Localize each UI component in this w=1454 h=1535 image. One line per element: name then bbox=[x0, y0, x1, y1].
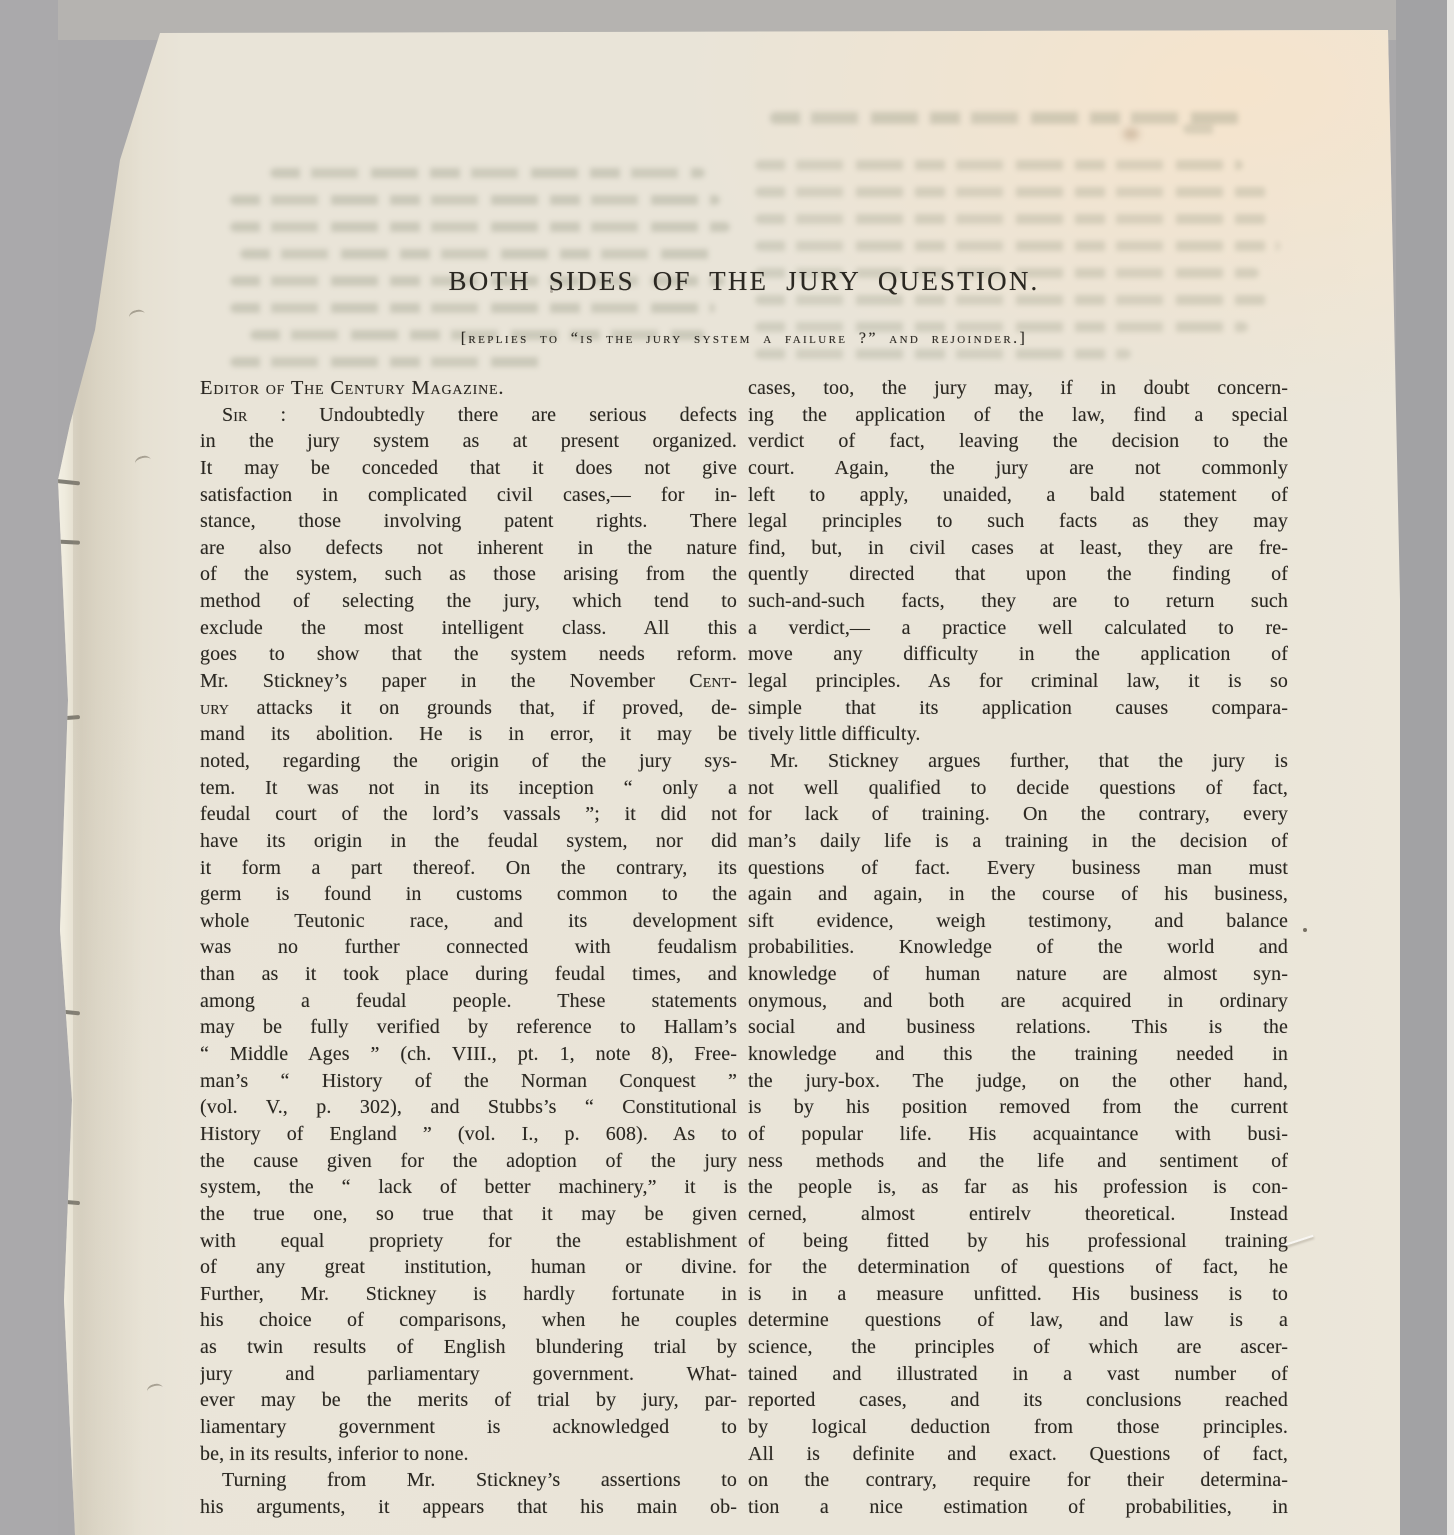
text-line: in the jury system as at present organiz… bbox=[200, 428, 737, 455]
body-text: Mr. Stickney’s paper in the November bbox=[200, 670, 689, 692]
body-text: ing the application of the law, find a s… bbox=[748, 404, 1288, 426]
text-line: reported cases, and its conclusions reac… bbox=[748, 1387, 1288, 1414]
text-line: was no further connected with feudalism bbox=[200, 934, 737, 961]
text-line: of the system, such as those arising fro… bbox=[200, 561, 737, 588]
bleedthrough-line bbox=[230, 303, 715, 313]
body-text: his choice of comparisons, when he coupl… bbox=[200, 1309, 737, 1331]
article-subtitle: [replies to “is the jury system a failur… bbox=[200, 327, 1288, 351]
text-line: is in a measure unfitted. His business i… bbox=[748, 1281, 1288, 1308]
body-text: ness methods and the life and sentiment … bbox=[748, 1150, 1288, 1172]
body-text: is in a measure unfitted. His business i… bbox=[748, 1283, 1288, 1305]
body-text: than as it took place during feudal time… bbox=[200, 963, 737, 985]
text-line: exclude the most intelligent class. All … bbox=[200, 615, 737, 642]
body-text: “ Middle Ages ” (ch. VIII., pt. 1, note … bbox=[200, 1043, 737, 1065]
body-text: satisfaction in complicated civil cases,… bbox=[200, 484, 737, 506]
article-subheader: [replies to “is the jury system a failur… bbox=[200, 327, 1288, 351]
text-line: knowledge of human nature are almost syn… bbox=[748, 961, 1288, 988]
text-line: his arguments, it appears that his main … bbox=[200, 1494, 737, 1521]
text-line: is by his position removed from the curr… bbox=[748, 1094, 1288, 1121]
body-text: cerned, almost entirelv theoretical. Ins… bbox=[748, 1203, 1288, 1225]
text-line: cerned, almost entirelv theoretical. Ins… bbox=[748, 1201, 1288, 1228]
body-text: tained and illustrated in a vast number … bbox=[748, 1363, 1288, 1385]
text-line: mand its abolition. He is in error, it m… bbox=[200, 721, 737, 748]
body-text: determine questions of law, and law is a bbox=[748, 1309, 1288, 1331]
paper-dimple bbox=[134, 454, 152, 469]
body-text: the people is, as far as his profession … bbox=[748, 1176, 1288, 1198]
body-text: among a feudal people. These statements bbox=[200, 990, 737, 1012]
text-line: Mr. Stickney’s paper in the November Cen… bbox=[200, 668, 737, 695]
bleedthrough-line bbox=[230, 222, 730, 232]
body-text: whole Teutonic race, and its development bbox=[200, 910, 737, 932]
text-line: Sir : Undoubtedly there are serious defe… bbox=[200, 402, 737, 429]
text-line: the people is, as far as his profession … bbox=[748, 1174, 1288, 1201]
text-line: for lack of training. On the contrary, e… bbox=[748, 801, 1288, 828]
text-line: simple that its application causes compa… bbox=[748, 695, 1288, 722]
text-line: the true one, so true that it may be giv… bbox=[200, 1201, 737, 1228]
text-line: find, but, in civil cases at least, they… bbox=[748, 535, 1288, 562]
text-line: a verdict,— a practice well calculated t… bbox=[748, 615, 1288, 642]
body-text: goes to show that the system needs refor… bbox=[200, 643, 737, 665]
text-line: social and business relations. This is t… bbox=[748, 1014, 1288, 1041]
body-text: All is definite and exact. Questions of … bbox=[748, 1443, 1288, 1465]
text-line: tion a nice estimation of probabilities,… bbox=[748, 1494, 1288, 1521]
body-text: exclude the most intelligent class. All … bbox=[200, 617, 737, 639]
body-text: it form a part thereof. On the contrary,… bbox=[200, 857, 737, 879]
text-line: may be fully verified by reference to Ha… bbox=[200, 1014, 737, 1041]
text-line: germ is found in customs common to the bbox=[200, 881, 737, 908]
text-line: of being fitted by his professional trai… bbox=[748, 1228, 1288, 1255]
body-text: History of England ” (vol. I., p. 608). … bbox=[200, 1123, 737, 1145]
text-line: quently directed that upon the finding o… bbox=[748, 561, 1288, 588]
body-text: tion a nice estimation of probabilities,… bbox=[748, 1496, 1288, 1518]
body-text: for the determination of questions of fa… bbox=[748, 1256, 1288, 1278]
text-line: man’s daily life is a training in the de… bbox=[748, 828, 1288, 855]
text-line: not well qualified to decide questions o… bbox=[748, 775, 1288, 802]
text-line: goes to show that the system needs refor… bbox=[200, 641, 737, 668]
body-text: Mr. Stickney argues further, that the ju… bbox=[770, 750, 1288, 772]
body-text: the cause given for the adoption of the … bbox=[200, 1150, 737, 1172]
body-text: find, but, in civil cases at least, they… bbox=[748, 537, 1288, 559]
text-line: method of selecting the jury, which tend… bbox=[200, 588, 737, 615]
body-text: method of selecting the jury, which tend… bbox=[200, 590, 737, 612]
bleedthrough-line bbox=[755, 160, 1243, 170]
text-line: such-and-such facts, they are to return … bbox=[748, 588, 1288, 615]
body-text: have its origin in the feudal system, no… bbox=[200, 830, 737, 852]
body-text: the jury-box. The judge, on the other ha… bbox=[748, 1070, 1288, 1092]
bleedthrough-line bbox=[755, 241, 1280, 251]
body-text: reported cases, and its conclusions reac… bbox=[748, 1389, 1288, 1411]
body-text: for lack of training. On the contrary, e… bbox=[748, 803, 1288, 825]
article-title: BOTH SIDES OF THE JURY QUESTION. bbox=[200, 264, 1288, 298]
body-text: onymous, and both are acquired in ordina… bbox=[748, 990, 1288, 1012]
body-text: man’s daily life is a training in the de… bbox=[748, 830, 1288, 852]
body-text: was no further connected with feudalism bbox=[200, 936, 737, 958]
text-line: Turning from Mr. Stickney’s assertions t… bbox=[200, 1467, 737, 1494]
text-line: It may be conceded that it does not give bbox=[200, 455, 737, 482]
text-line: History of England ” (vol. I., p. 608). … bbox=[200, 1121, 737, 1148]
small-caps-text: Cent- bbox=[689, 670, 737, 692]
column-heading-line: Editor of The Century Magazine. bbox=[200, 375, 737, 402]
body-text: sift evidence, weigh testimony, and bala… bbox=[748, 910, 1288, 932]
text-line: feudal court of the lord’s vassals ”; it… bbox=[200, 801, 737, 828]
text-line: Further, Mr. Stickney is hardly fortunat… bbox=[200, 1281, 737, 1308]
text-line: tained and illustrated in a vast number … bbox=[748, 1361, 1288, 1388]
body-text: attacks it on grounds that, if proved, d… bbox=[229, 697, 737, 719]
text-line: legal principles to such facts as they m… bbox=[748, 508, 1288, 535]
body-text: social and business relations. This is t… bbox=[748, 1016, 1288, 1038]
body-text: Turning from Mr. Stickney’s assertions t… bbox=[222, 1469, 737, 1491]
body-text: simple that its application causes compa… bbox=[748, 697, 1288, 719]
article-header: BOTH SIDES OF THE JURY QUESTION. bbox=[200, 264, 1288, 298]
left-column: Editor of The Century Magazine.Sir : Und… bbox=[200, 375, 737, 1527]
text-line: system, the “ lack of better machinery,”… bbox=[200, 1174, 737, 1201]
text-line: move any difficulty in the application o… bbox=[748, 641, 1288, 668]
text-line: man’s “ History of the Norman Conquest ” bbox=[200, 1068, 737, 1095]
text-line: by logical deduction from those principl… bbox=[748, 1414, 1288, 1441]
text-line: have its origin in the feudal system, no… bbox=[200, 828, 737, 855]
text-line: All is definite and exact. Questions of … bbox=[748, 1441, 1288, 1468]
bleedthrough-line bbox=[240, 249, 720, 259]
text-line: among a feudal people. These statements bbox=[200, 988, 737, 1015]
body-text: such-and-such facts, they are to return … bbox=[748, 590, 1288, 612]
small-caps-text: Sir : bbox=[222, 404, 319, 426]
body-text: move any difficulty in the application o… bbox=[748, 643, 1288, 665]
body-text: his arguments, it appears that his main … bbox=[200, 1496, 737, 1518]
bleedthrough-line bbox=[230, 357, 543, 367]
page: BOTH SIDES OF THE JURY QUESTION. [replie… bbox=[55, 28, 1400, 1535]
text-line: ury attacks it on grounds that, if prove… bbox=[200, 695, 737, 722]
text-line: for the determination of questions of fa… bbox=[748, 1254, 1288, 1281]
body-text: of the system, such as those arising fro… bbox=[200, 563, 737, 585]
body-text: of any great institution, human or divin… bbox=[200, 1256, 737, 1278]
body-text: in the jury system as at present organiz… bbox=[200, 430, 737, 452]
body-text: Further, Mr. Stickney is hardly fortunat… bbox=[200, 1283, 737, 1305]
body-text: of being fitted by his professional trai… bbox=[748, 1230, 1288, 1252]
small-caps-text: Editor of The Century Magazine. bbox=[200, 377, 504, 399]
body-text: jury and parliamentary government. What- bbox=[200, 1363, 737, 1385]
body-text: on the contrary, require for their deter… bbox=[748, 1469, 1288, 1491]
body-text: be, in its results, inferior to none. bbox=[200, 1443, 469, 1465]
text-line: on the contrary, require for their deter… bbox=[748, 1467, 1288, 1494]
body-text: noted, regarding the origin of the jury … bbox=[200, 750, 737, 772]
scanned-magazine-page: { "page": { "title": "BOTH SIDES OF THE … bbox=[0, 0, 1454, 1535]
text-line: verdict of fact, leaving the decision to… bbox=[748, 428, 1288, 455]
body-text: not well qualified to decide questions o… bbox=[748, 777, 1288, 799]
body-text: Undoubtedly there are serious defects bbox=[319, 404, 737, 426]
scanner-background-left bbox=[0, 0, 58, 1535]
text-line: of any great institution, human or divin… bbox=[200, 1254, 737, 1281]
body-text: science, the principles of which are asc… bbox=[748, 1336, 1288, 1358]
text-line: knowledge and this the training needed i… bbox=[748, 1041, 1288, 1068]
body-text: cases, too, the jury may, if in doubt co… bbox=[748, 377, 1288, 399]
body-text: questions of fact. Every business man mu… bbox=[748, 857, 1288, 879]
text-line: ing the application of the law, find a s… bbox=[748, 402, 1288, 429]
text-line: onymous, and both are acquired in ordina… bbox=[748, 988, 1288, 1015]
text-line: questions of fact. Every business man mu… bbox=[748, 855, 1288, 882]
body-text: is by his position removed from the curr… bbox=[748, 1096, 1288, 1118]
text-line: (vol. V., p. 302), and Stubbs’s “ Consti… bbox=[200, 1094, 737, 1121]
text-line: the cause given for the adoption of the … bbox=[200, 1148, 737, 1175]
body-text: mand its abolition. He is in error, it m… bbox=[200, 723, 737, 745]
body-text: verdict of fact, leaving the decision to… bbox=[748, 430, 1288, 452]
text-line: liamentary government is acknowledged to bbox=[200, 1414, 737, 1441]
body-text: again and again, in the course of his bu… bbox=[748, 883, 1288, 905]
text-line: noted, regarding the origin of the jury … bbox=[200, 748, 737, 775]
text-line: than as it took place during feudal time… bbox=[200, 961, 737, 988]
body-text: quently directed that upon the finding o… bbox=[748, 563, 1288, 585]
body-text: of popular life. His acquaintance with b… bbox=[748, 1123, 1288, 1145]
body-text: knowledge and this the training needed i… bbox=[748, 1043, 1288, 1065]
text-line: court. Again, the jury are not commonly bbox=[748, 455, 1288, 482]
text-line: ever may be the merits of trial by jury,… bbox=[200, 1387, 737, 1414]
body-text: probabilities. Knowledge of the world an… bbox=[748, 936, 1288, 958]
bleedthrough-line bbox=[230, 195, 720, 205]
text-line: be, in its results, inferior to none. bbox=[200, 1441, 737, 1468]
text-line: sift evidence, weigh testimony, and bala… bbox=[748, 908, 1288, 935]
body-text: by logical deduction from those principl… bbox=[748, 1416, 1288, 1438]
text-line: his choice of comparisons, when he coupl… bbox=[200, 1307, 737, 1334]
text-line: Mr. Stickney argues further, that the ju… bbox=[748, 748, 1288, 775]
body-text: with equal propriety for the establishme… bbox=[200, 1230, 737, 1252]
text-line: left to apply, unaided, a bald statement… bbox=[748, 482, 1288, 509]
text-line: tem. It was not in its inception “ only … bbox=[200, 775, 737, 802]
text-line: cases, too, the jury may, if in doubt co… bbox=[748, 375, 1288, 402]
body-text: ever may be the merits of trial by jury,… bbox=[200, 1389, 737, 1411]
body-text: as twin results of English blundering tr… bbox=[200, 1336, 737, 1358]
text-line: determine questions of law, and law is a bbox=[748, 1307, 1288, 1334]
text-line: tively little difficulty. bbox=[748, 721, 1288, 748]
bleedthrough-line bbox=[770, 112, 1240, 124]
body-text: germ is found in customs common to the bbox=[200, 883, 737, 905]
body-text: man’s “ History of the Norman Conquest ” bbox=[200, 1070, 737, 1092]
text-line: “ Middle Ages ” (ch. VIII., pt. 1, note … bbox=[200, 1041, 737, 1068]
text-line: ness methods and the life and sentiment … bbox=[748, 1148, 1288, 1175]
text-line: again and again, in the course of his bu… bbox=[748, 881, 1288, 908]
body-text: system, the “ lack of better machinery,”… bbox=[200, 1176, 737, 1198]
text-line: of popular life. His acquaintance with b… bbox=[748, 1121, 1288, 1148]
scanner-background-right-edge bbox=[1447, 0, 1454, 1535]
text-line: the jury-box. The judge, on the other ha… bbox=[748, 1068, 1288, 1095]
body-text: legal principles to such facts as they m… bbox=[748, 510, 1288, 532]
paper-dimple bbox=[146, 1382, 164, 1397]
bleedthrough-running-head bbox=[770, 112, 1240, 141]
text-line: with equal propriety for the establishme… bbox=[200, 1228, 737, 1255]
text-line: stance, those involving patent rights. T… bbox=[200, 508, 737, 535]
bleedthrough-line bbox=[270, 168, 704, 178]
body-text: tem. It was not in its inception “ only … bbox=[200, 777, 737, 799]
body-text: tively little difficulty. bbox=[748, 723, 920, 745]
paper-dimple bbox=[128, 308, 146, 323]
text-line: it form a part thereof. On the contrary,… bbox=[200, 855, 737, 882]
bleedthrough-line bbox=[755, 214, 1269, 224]
small-caps-text: ury bbox=[200, 697, 229, 719]
body-text: (vol. V., p. 302), and Stubbs’s “ Consti… bbox=[200, 1096, 737, 1118]
text-line: legal principles. As for criminal law, i… bbox=[748, 668, 1288, 695]
body-text: knowledge of human nature are almost syn… bbox=[748, 963, 1288, 985]
text-line: are also defects not inherent in the nat… bbox=[200, 535, 737, 562]
body-text: feudal court of the lord’s vassals ”; it… bbox=[200, 803, 737, 825]
body-text: the true one, so true that it may be giv… bbox=[200, 1203, 737, 1225]
right-column: cases, too, the jury may, if in doubt co… bbox=[748, 375, 1288, 1527]
text-line: whole Teutonic race, and its development bbox=[200, 908, 737, 935]
scanner-background-right bbox=[1396, 0, 1454, 1535]
body-text: are also defects not inherent in the nat… bbox=[200, 537, 737, 559]
bleedthrough-page-number bbox=[1183, 124, 1223, 151]
body-text: may be fully verified by reference to Ha… bbox=[200, 1016, 737, 1038]
bleedthrough-line bbox=[755, 187, 1274, 197]
ink-speck bbox=[1303, 928, 1307, 932]
bleedthrough-line bbox=[1183, 124, 1223, 134]
text-line: satisfaction in complicated civil cases,… bbox=[200, 482, 737, 509]
body-text: a verdict,— a practice well calculated t… bbox=[748, 617, 1288, 639]
text-line: science, the principles of which are asc… bbox=[748, 1334, 1288, 1361]
body-text: stance, those involving patent rights. T… bbox=[200, 510, 737, 532]
text-line: jury and parliamentary government. What- bbox=[200, 1361, 737, 1388]
body-text: It may be conceded that it does not give bbox=[200, 457, 737, 479]
text-line: probabilities. Knowledge of the world an… bbox=[748, 934, 1288, 961]
text-line: as twin results of English blundering tr… bbox=[200, 1334, 737, 1361]
body-text: left to apply, unaided, a bald statement… bbox=[748, 484, 1288, 506]
body-text: court. Again, the jury are not commonly bbox=[748, 457, 1288, 479]
body-text: legal principles. As for criminal law, i… bbox=[748, 670, 1288, 692]
body-text: liamentary government is acknowledged to bbox=[200, 1416, 737, 1438]
